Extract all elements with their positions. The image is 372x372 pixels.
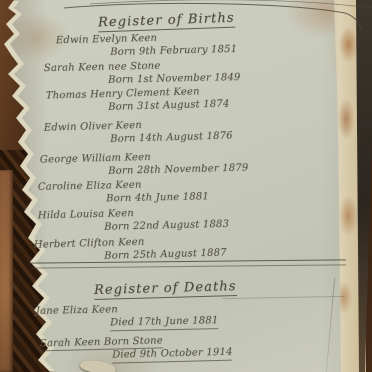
death-entry: Jane Eliza Keen Died 17th June 1881 (36, 302, 219, 332)
entry-name: Caroline Eliza Keen (38, 180, 142, 193)
entry-name: George William Keen (40, 152, 151, 166)
entry-name: Edwin Evelyn Keen (56, 33, 158, 46)
birth-entry: Edwin Evelyn Keen Born 9th February 1851 (56, 31, 238, 60)
birth-entry: Thomas Henry Clement Keen Born 31st Augu… (46, 85, 230, 115)
death-entry: Sarah Keen Born Stone Died 9th October 1… (40, 334, 233, 365)
entry-detail: Died 17th June 1881 (110, 315, 219, 331)
birth-entry: Hilda Louisa Keen Born 22nd August 1883 (38, 206, 230, 236)
birth-entry: Sarah Keen nee Stone Born 1st November 1… (44, 59, 241, 88)
birth-entry: George William Keen Born 28th November 1… (40, 149, 249, 179)
entry-name: Jane Eliza Keen (36, 304, 118, 317)
entry-detail: Born 4th June 1881 (106, 191, 209, 205)
wood-edge-strip (0, 170, 13, 372)
entry-name: Herbert Clifton Keen (34, 237, 145, 251)
birth-entry: Caroline Eliza Keen Born 4th June 1881 (38, 178, 209, 207)
entry-name: Edwin Oliver Keen (44, 120, 142, 134)
entry-name: Hilda Louisa Keen (38, 208, 134, 221)
birth-entry: Edwin Oliver Keen Born 14th August 1876 (44, 117, 233, 147)
register-page-photo: Register of Births Edwin Evelyn Keen Bor… (0, 0, 372, 372)
entry-name: Sarah Keen nee Stone (44, 61, 161, 74)
